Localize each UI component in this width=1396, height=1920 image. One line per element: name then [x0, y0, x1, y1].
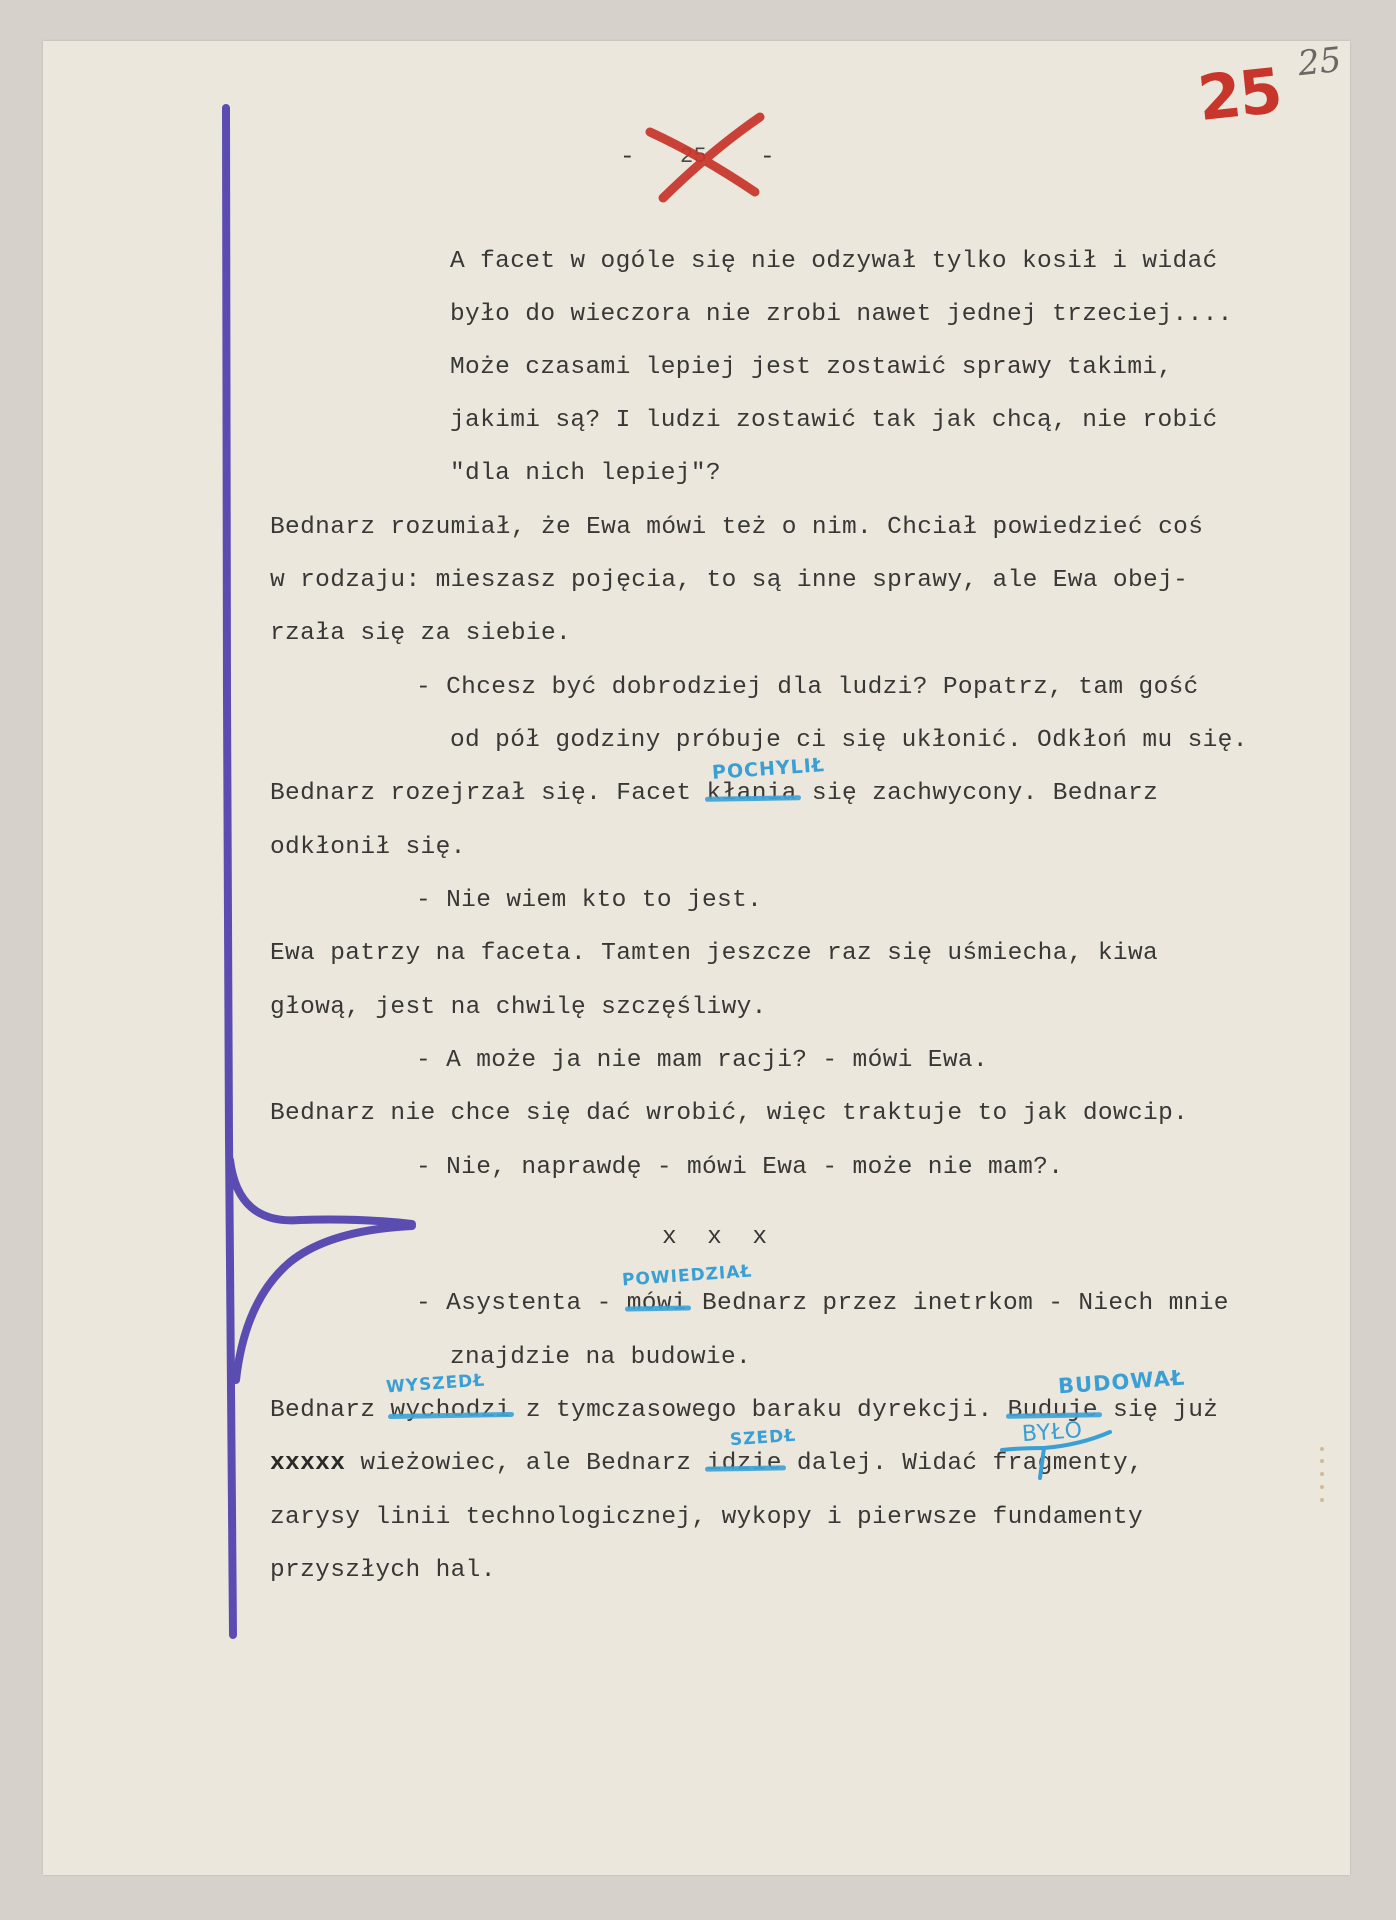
text-line: od pół godziny próbuje ci się ukłonić. O… — [450, 729, 1248, 754]
header-page-number: 25 — [680, 146, 707, 168]
text-fragment: wieżowiec, ale Bednarz — [345, 1450, 706, 1477]
header-dash-right: - — [760, 146, 775, 171]
text-line: - Nie, naprawdę - mówi Ewa - może nie ma… — [416, 1156, 1063, 1181]
section-separator: x x x — [662, 1226, 767, 1251]
struck-word: kłania — [707, 780, 797, 807]
text-line: było do wieczora nie zrobi nawet jednej … — [450, 303, 1233, 328]
text-line: rzała się za siebie. — [270, 622, 571, 647]
handwritten-insertion: BYŁO — [1021, 1418, 1084, 1447]
page-number-red-marker: 25 — [1194, 54, 1283, 135]
text-line: - A może ja nie mam racji? - mówi Ewa. — [416, 1049, 988, 1074]
text-fragment: z tymczasowego baraku dyrekcji. — [511, 1397, 1008, 1424]
overtyped-word: xxxxx — [270, 1450, 345, 1477]
text-line: Może czasami lepiej jest zostawić sprawy… — [450, 356, 1173, 381]
text-line: A facet w ogóle się nie odzywał tylko ko… — [450, 250, 1218, 275]
text-line-with-correction: Bednarz rozejrzał się. Facet kłania się … — [270, 782, 1158, 807]
text-fragment: Bednarz przez inetrkom - Niech mnie — [687, 1290, 1229, 1317]
text-fragment: się zachwycony. Bednarz — [797, 780, 1158, 807]
struck-word: wychodzi — [390, 1397, 510, 1424]
text-line: - Nie wiem kto to jest. — [416, 889, 762, 914]
text-line: "dla nich lepiej"? — [450, 462, 721, 487]
text-line-with-correction: - Asystenta - mówi Bednarz przez inetrko… — [416, 1292, 1229, 1317]
text-fragment: - Asystenta - — [416, 1290, 627, 1317]
text-line: Bednarz rozumiał, że Ewa mówi też o nim.… — [270, 516, 1203, 541]
struck-word: idzie — [707, 1450, 782, 1477]
text-line: głową, jest na chwilę szczęśliwy. — [270, 996, 767, 1021]
text-line: - Chcesz być dobrodziej dla ludzi? Popat… — [416, 676, 1199, 701]
text-line: przyszłych hal. — [270, 1559, 496, 1584]
text-line-with-correction: xxxxx wieżowiec, ale Bednarz idzie dalej… — [270, 1452, 1143, 1477]
text-fragment: Bednarz rozejrzał się. Facet — [270, 780, 707, 807]
text-line: w rodzaju: mieszasz pojęcia, to są inne … — [270, 569, 1188, 594]
text-fragment: się już — [1098, 1397, 1218, 1424]
text-line: odkłonił się. — [270, 836, 466, 861]
text-fragment: Bednarz — [270, 1397, 390, 1424]
text-line: Ewa patrzy na faceta. Tamten jeszcze raz… — [270, 942, 1158, 967]
text-line: zarysy linii technologicznej, wykopy i p… — [270, 1506, 1143, 1531]
page-number-pencil: 25 — [1296, 40, 1343, 84]
struck-word: mówi — [627, 1290, 687, 1317]
text-line: jakimi są? I ludzi zostawić tak jak chcą… — [450, 409, 1218, 434]
header-dash-left: - — [620, 146, 635, 171]
text-line: znajdzie na budowie. — [450, 1346, 751, 1371]
text-fragment: dalej. Widać fragmenty, — [782, 1450, 1143, 1477]
text-line: Bednarz nie chce się dać wrobić, więc tr… — [270, 1102, 1188, 1127]
